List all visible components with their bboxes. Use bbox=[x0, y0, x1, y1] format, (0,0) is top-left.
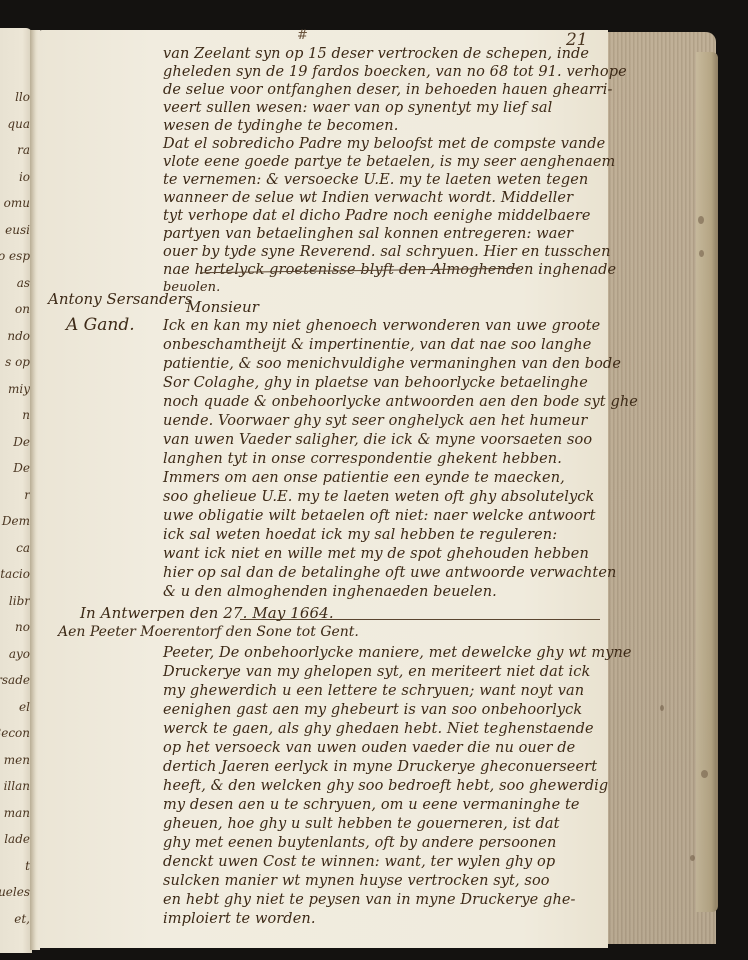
left-page-fragment: libr bbox=[9, 594, 30, 608]
left-page-fragment: De bbox=[13, 435, 30, 449]
left-page-fragment: ca bbox=[16, 541, 30, 555]
text-line: my desen aen u te schryuen, om u eene ve… bbox=[163, 797, 580, 813]
text-line: Ick en kan my niet ghenoech verwonderen … bbox=[163, 318, 600, 334]
text-line: langhen tyt in onse correspondentie ghek… bbox=[163, 451, 562, 467]
left-page-fragment: on bbox=[15, 302, 30, 316]
left-page: lloquaraioomueusio espasonndos opmiynDeD… bbox=[0, 28, 32, 953]
text-line: sulcken manier wt mynen huyse vertrocken… bbox=[163, 873, 550, 889]
foxing-spot bbox=[698, 216, 704, 224]
text-line: eenighen gast aen my ghebeurt is van soo… bbox=[163, 702, 582, 718]
text-line: hier op sal dan de betalinghe oft uwe an… bbox=[163, 565, 616, 581]
text-line: patientie, & soo menichvuldighe vermanin… bbox=[163, 356, 621, 372]
text-line: op het versoeck van uwen ouden vaeder di… bbox=[163, 740, 575, 756]
text-line: ouer by tyde syne Reverend. sal schryuen… bbox=[163, 244, 611, 260]
left-page-fragment: tacio bbox=[0, 567, 30, 581]
text-line: dertich Jaeren eerlyck in myne Druckerye… bbox=[163, 759, 597, 775]
text-line: ick sal weten hoedat ick my sal hebben t… bbox=[163, 527, 557, 543]
text-line: noch quade & onbehoorlycke antwoorden ae… bbox=[163, 394, 638, 410]
left-page-fragment: el bbox=[19, 700, 30, 714]
left-page-fragment: llo bbox=[15, 90, 30, 104]
letter-2-recipient: Aen Peeter Moerentorf den Sone tot Gent. bbox=[58, 624, 359, 640]
left-page-fragment: et, bbox=[14, 912, 30, 926]
text-line: veert sullen wesen: waer van op synentyt… bbox=[163, 100, 552, 116]
foxing-spot bbox=[699, 250, 704, 257]
left-page-fragment: Dem bbox=[2, 514, 30, 528]
left-page-fragment: io bbox=[19, 170, 30, 184]
left-page-fragment: s op bbox=[5, 355, 30, 369]
text-line: Immers om aen onse patientie een eynde t… bbox=[163, 470, 565, 486]
left-page-fragment: omu bbox=[4, 196, 30, 210]
left-page-fragment: no bbox=[15, 620, 30, 634]
text-line: Sor Colaghe, ghy in plaetse van behoorly… bbox=[163, 375, 588, 391]
left-page-fragment: lade bbox=[4, 832, 30, 846]
left-page-fragment: ndo bbox=[7, 329, 30, 343]
text-line: Dat el sobredicho Padre my beloofst met … bbox=[163, 136, 605, 152]
left-page-fragment: o esp bbox=[0, 249, 30, 263]
text-line: want ick niet en wille met my de spot gh… bbox=[163, 546, 589, 562]
text-line: gheleden syn de 19 fardos boecken, van n… bbox=[163, 64, 627, 80]
text-line: Peeter, De onbehoorlycke maniere, met de… bbox=[163, 645, 632, 661]
left-page-fragment: Becon bbox=[0, 726, 30, 740]
text-line: werck te gaen, als ghy ghedaen hebt. Nie… bbox=[163, 721, 594, 737]
text-line: Druckerye van my ghelopen syt, en merite… bbox=[163, 664, 590, 680]
text-line: de selue voor ontfanghen deser, in behoe… bbox=[163, 82, 613, 98]
dateline-place-day: In Antwerpen den 27. bbox=[80, 604, 247, 622]
left-page-fragment: men bbox=[4, 753, 30, 767]
book-edge-shade bbox=[606, 32, 716, 944]
text-line: ghy met eenen buytenlants, oft by andere… bbox=[163, 835, 556, 851]
salutation: Monsieur bbox=[186, 298, 259, 316]
text-line: onbeschamtheijt & impertinentie, van dat… bbox=[163, 337, 591, 353]
margin-recipient: Antony Sersanders bbox=[48, 290, 192, 308]
text-line: en hebt ghy niet te peysen van in myne D… bbox=[163, 892, 576, 908]
left-page-fragment: n bbox=[22, 408, 30, 422]
foxing-spot bbox=[701, 770, 708, 778]
text-line: soo ghelieue U.E. my te laeten weten oft… bbox=[163, 489, 594, 505]
text-line: uende. Voorwaer ghy syt seer onghelyck a… bbox=[163, 413, 587, 429]
text-line: van uwen Vaeder saligher, die ick & myne… bbox=[163, 432, 592, 448]
text-line: gheuen, hoe ghy u sult hebben te gouerne… bbox=[163, 816, 560, 832]
text-line: heeft, & den welcken ghy soo bedroeft he… bbox=[163, 778, 608, 794]
text-line: denckt uwen Cost te winnen: want, ter wy… bbox=[163, 854, 555, 870]
text-line: uwe obligatie wilt betaelen oft niet: na… bbox=[163, 508, 596, 524]
left-page-fragment: miy bbox=[8, 382, 30, 396]
dateline-rule bbox=[240, 619, 600, 620]
text-line: tyt verhope dat el dicho Padre noch eeni… bbox=[163, 208, 591, 224]
text-line: wanneer de selue wt Indien verwacht word… bbox=[163, 190, 573, 206]
text-line: wesen de tydinghe te becomen. bbox=[163, 118, 398, 134]
header-mark: # bbox=[297, 28, 308, 43]
left-page-fragment: ra bbox=[17, 143, 30, 157]
left-page-fragment: De bbox=[13, 461, 30, 475]
text-line: vlote eene goede partye te betaelen, is … bbox=[163, 154, 615, 170]
text-line: & u den almoghenden inghenaeden beuelen. bbox=[163, 584, 497, 600]
text-line: te vernemen: & versoecke U.E. my te laet… bbox=[163, 172, 588, 188]
text-line: my ghewerdich u een lettere te schryuen;… bbox=[163, 683, 584, 699]
left-page-fragment: ayo bbox=[9, 647, 30, 661]
text-line: imploiert te worden. bbox=[163, 911, 316, 927]
left-page-fragment: as bbox=[17, 276, 30, 290]
left-page-fragment: eusi bbox=[5, 223, 30, 237]
left-page-fragment: rsade bbox=[0, 673, 30, 687]
text-line: van Zeelant syn op 15 deser vertrocken d… bbox=[163, 46, 589, 62]
left-page-fragment: illan bbox=[4, 779, 30, 793]
foxing-spot bbox=[660, 705, 664, 711]
text-line: partyen van betaelinghen sal konnen entr… bbox=[163, 226, 573, 242]
left-page-fragment: man bbox=[4, 806, 30, 820]
left-page-fragment: qua bbox=[7, 117, 30, 131]
left-page-fragment: ueles bbox=[0, 885, 30, 899]
foxing-spot bbox=[690, 855, 695, 861]
margin-place: A Gand. bbox=[66, 315, 135, 335]
